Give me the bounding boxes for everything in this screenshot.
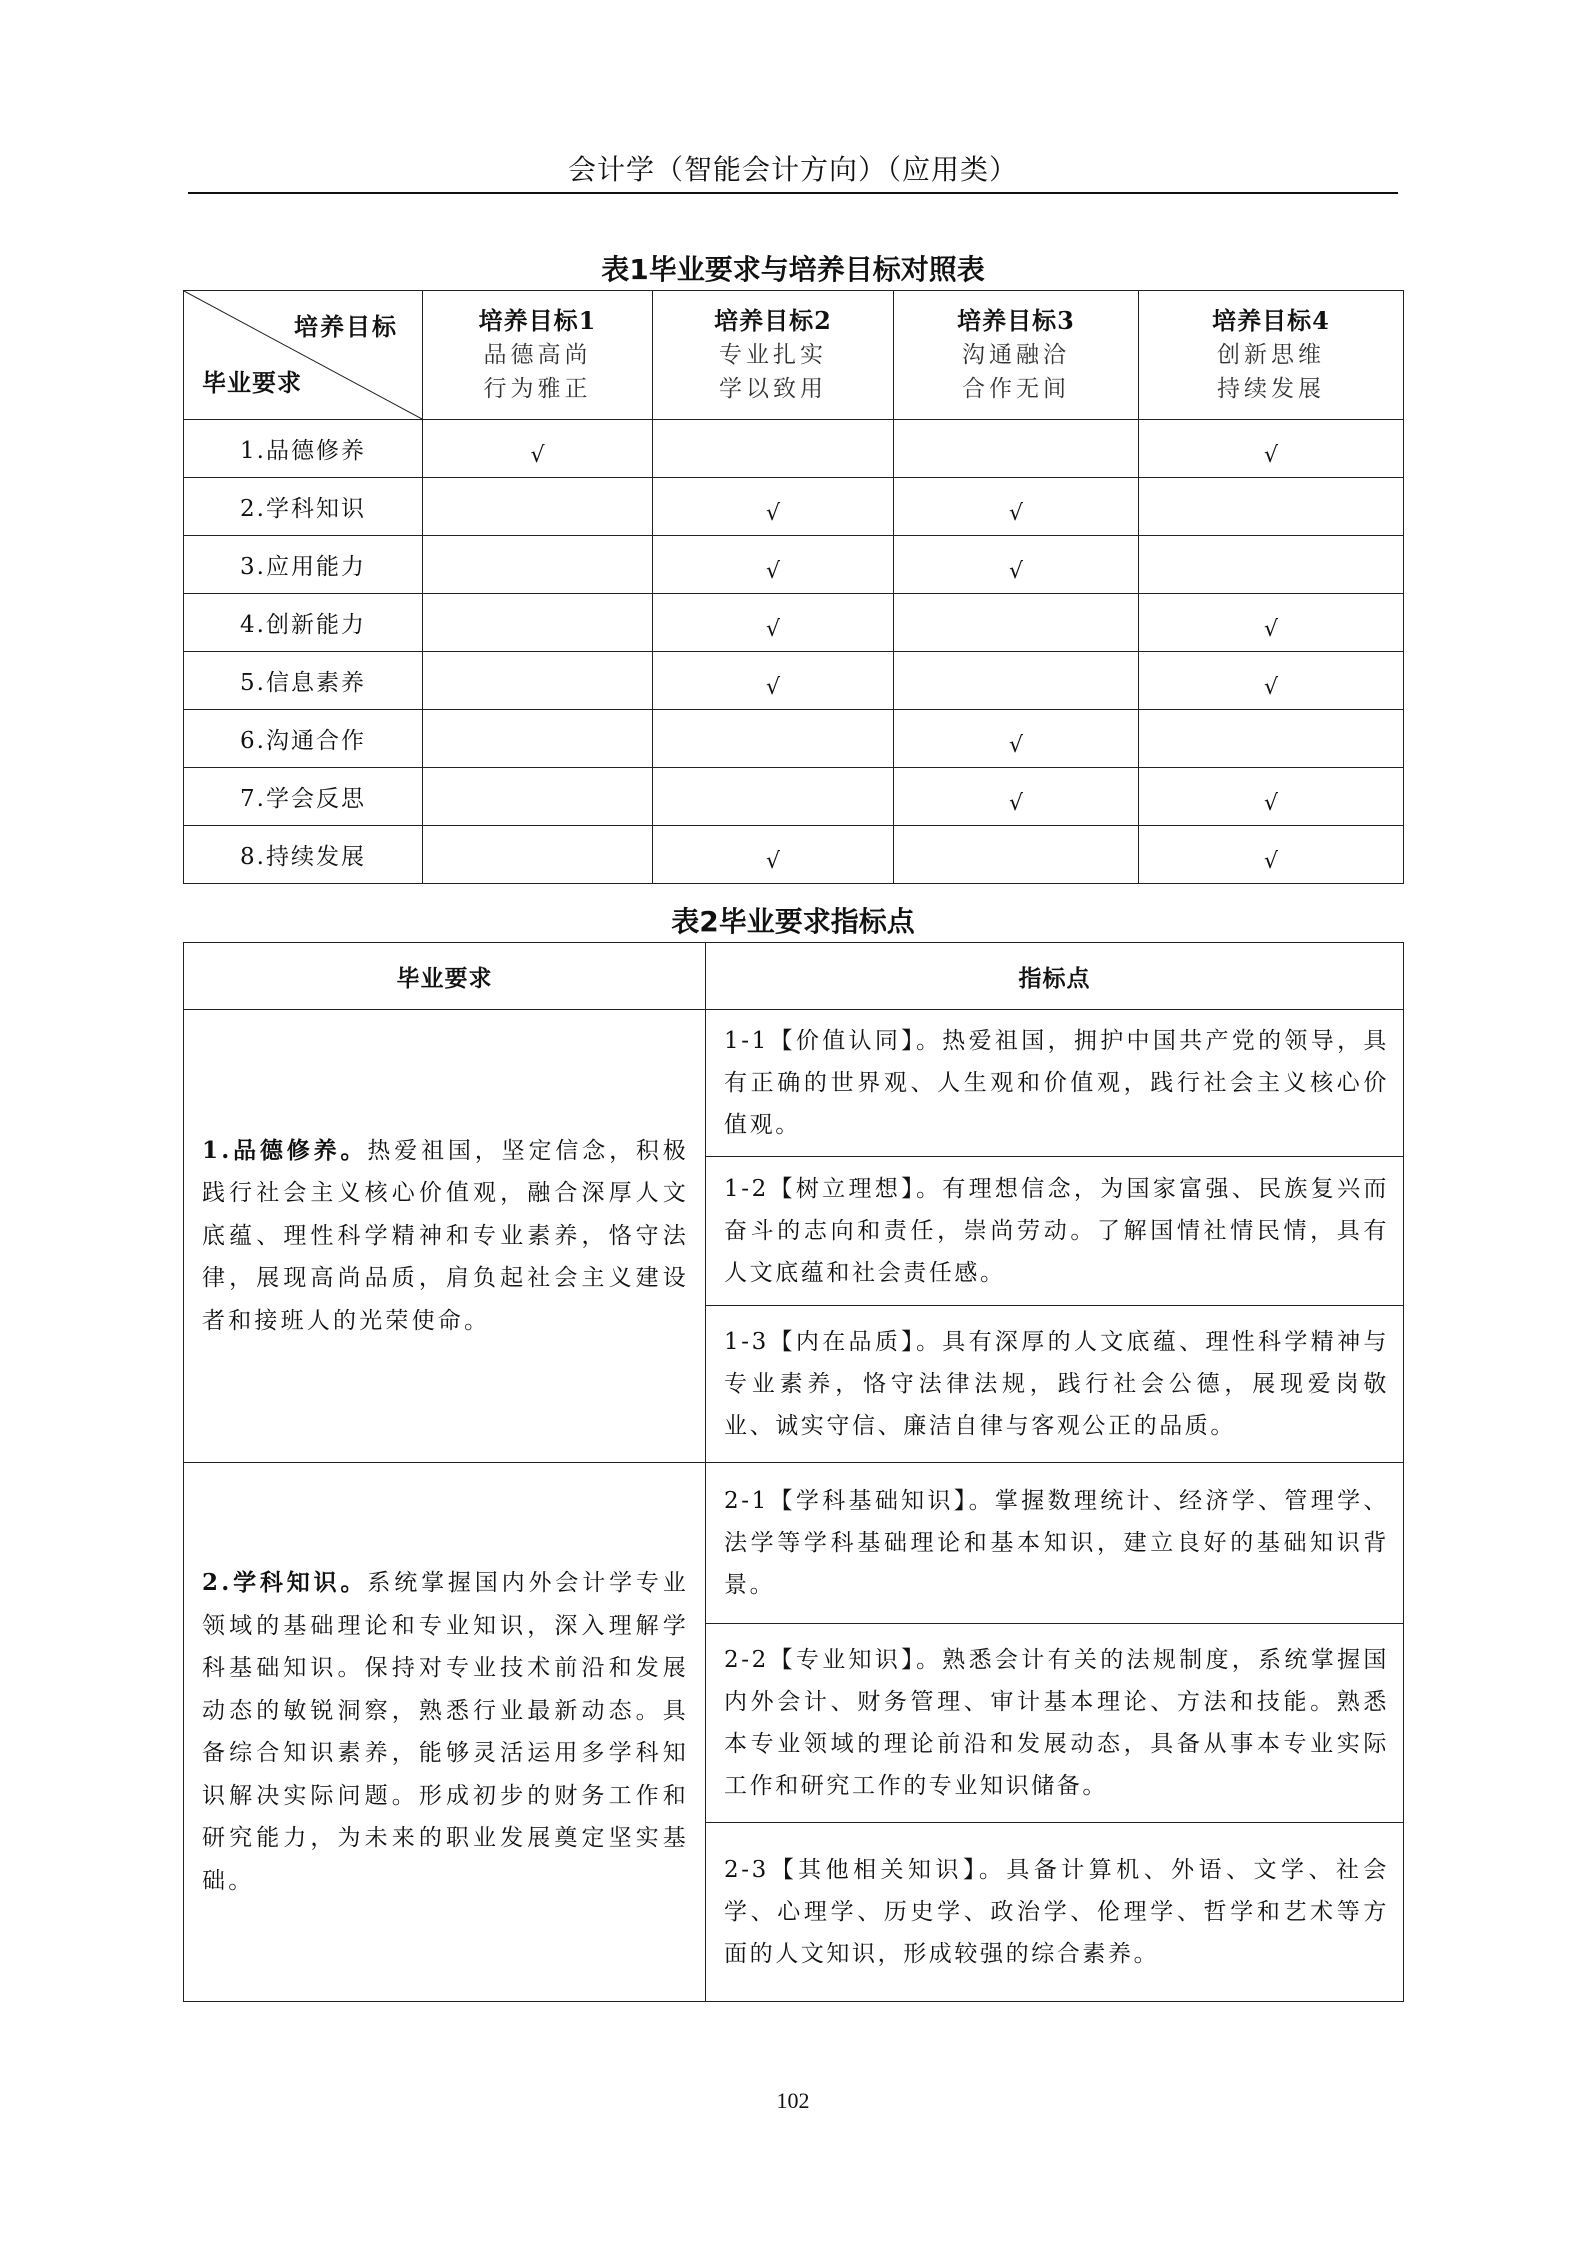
requirement-text: 2.学科知识。系统掌握国内外会计学专业领域的基础理论和专业知识，深入理解学科基础… <box>184 1562 705 1902</box>
table-row: 8.持续发展 √ √ <box>184 826 1404 884</box>
document-title: 会计学（智能会计方向）（应用类） <box>188 150 1398 190</box>
check-cell <box>1139 710 1404 768</box>
check-cell <box>653 710 894 768</box>
table-row: 5.信息素养 √ √ <box>184 652 1404 710</box>
check-cell <box>894 594 1139 652</box>
indicator-row: 2.学科知识。系统掌握国内外会计学专业领域的基础理论和专业知识，深入理解学科基础… <box>184 1463 1404 1624</box>
check-cell <box>894 652 1139 710</box>
check-mark-icon: √ <box>1264 791 1278 816</box>
check-mark-icon: √ <box>1009 791 1023 816</box>
requirement-label-text: 6.沟通合作 <box>240 728 366 754</box>
requirement-title: 2.学科知识。 <box>202 1569 367 1596</box>
table-row: 7.学会反思 √ √ <box>184 768 1404 826</box>
indicator-cell: 2-3【其他相关知识】。具备计算机、外语、文学、社会学、心理学、历史学、政治学、… <box>706 1823 1404 2002</box>
check-mark-icon: √ <box>1009 733 1023 758</box>
requirement-label-text: 2.学科知识 <box>240 496 366 522</box>
goal-title: 培养目标4 <box>1139 304 1403 338</box>
check-cell: √ <box>653 478 894 536</box>
check-cell <box>423 826 653 884</box>
check-cell <box>653 420 894 478</box>
table-row: 1.品德修养 √ √ <box>184 420 1404 478</box>
requirement-label: 1.品德修养 <box>184 420 423 478</box>
check-cell: √ <box>653 594 894 652</box>
goal-line: 行为雅正 <box>423 372 652 406</box>
page-header: 会计学（智能会计方向）（应用类） <box>188 150 1398 194</box>
goal-header-2: 培养目标2 专业扎实 学以致用 <box>653 291 894 420</box>
requirement-body: 系统掌握国内外会计学专业领域的基础理论和专业知识，深入理解学科基础知识。保持对专… <box>202 1570 689 1894</box>
check-cell <box>423 478 653 536</box>
table1-caption: 表1毕业要求与培养目标对照表 <box>183 252 1403 288</box>
requirement-label: 2.学科知识 <box>184 478 423 536</box>
table1-header-row: 培养目标 毕业要求 培养目标1 品德高尚 行为雅正 培养目标2 专业扎实 学以致… <box>184 291 1404 420</box>
requirement-label-text: 1.品德修养 <box>240 438 366 464</box>
goal-line: 持续发展 <box>1139 372 1403 406</box>
goal-header-1: 培养目标1 品德高尚 行为雅正 <box>423 291 653 420</box>
header-indicator: 指标点 <box>706 943 1404 1010</box>
check-mark-icon: √ <box>766 617 780 642</box>
indicator-text: 2-3【其他相关知识】。具备计算机、外语、文学、社会学、心理学、历史学、政治学、… <box>706 1849 1403 1975</box>
requirement-text: 1.品德修养。热爱祖国，坚定信念，积极践行社会主义核心价值观，融合深厚人文底蕴、… <box>184 1130 705 1343</box>
requirement-label-text: 5.信息素养 <box>240 670 366 696</box>
goal-line: 学以致用 <box>653 372 893 406</box>
table-row: 4.创新能力 √ √ <box>184 594 1404 652</box>
goal-line: 品德高尚 <box>423 338 652 372</box>
check-mark-icon: √ <box>1009 501 1023 526</box>
graduation-indicators-table: 毕业要求 指标点 1.品德修养。热爱祖国，坚定信念，积极践行社会主义核心价值观，… <box>183 942 1404 2002</box>
goal-line: 创新思维 <box>1139 338 1403 372</box>
check-cell <box>653 768 894 826</box>
requirement-label: 3.应用能力 <box>184 536 423 594</box>
goal-line: 合作无间 <box>894 372 1138 406</box>
requirement-label: 5.信息素养 <box>184 652 423 710</box>
indicator-row: 1.品德修养。热爱祖国，坚定信念，积极践行社会主义核心价值观，融合深厚人文底蕴、… <box>184 1010 1404 1157</box>
requirement-title: 1.品德修养。 <box>202 1137 367 1164</box>
check-cell: √ <box>653 652 894 710</box>
goal-line: 沟通融洽 <box>894 338 1138 372</box>
goal-title: 培养目标2 <box>653 304 893 338</box>
indicator-cell: 1-1【价值认同】。热爱祖国，拥护中国共产党的领导，具有正确的世界观、人生观和价… <box>706 1010 1404 1157</box>
check-cell: √ <box>1139 594 1404 652</box>
check-mark-icon: √ <box>1264 675 1278 700</box>
diagonal-corner-cell: 培养目标 毕业要求 <box>184 291 423 420</box>
check-cell <box>1139 478 1404 536</box>
table-row: 6.沟通合作 √ <box>184 710 1404 768</box>
header-rule <box>188 192 1398 194</box>
check-cell: √ <box>894 768 1139 826</box>
check-cell <box>423 652 653 710</box>
check-cell: √ <box>894 710 1139 768</box>
check-cell <box>423 768 653 826</box>
requirement-label: 8.持续发展 <box>184 826 423 884</box>
requirement-label: 4.创新能力 <box>184 594 423 652</box>
table-row: 2.学科知识 √ √ <box>184 478 1404 536</box>
check-cell <box>1139 536 1404 594</box>
requirement-cell: 2.学科知识。系统掌握国内外会计学专业领域的基础理论和专业知识，深入理解学科基础… <box>184 1463 706 2002</box>
indicator-cell: 1-3【内在品质】。具有深厚的人文底蕴、理性科学精神与专业素养，恪守法律法规，践… <box>706 1306 1404 1463</box>
requirement-label-text: 8.持续发展 <box>240 844 366 870</box>
page-number: 102 <box>0 2088 1586 2114</box>
corner-label-requirements: 毕业要求 <box>202 363 302 398</box>
goal-line: 专业扎实 <box>653 338 893 372</box>
requirement-label-text: 7.学会反思 <box>240 786 366 812</box>
indicator-text: 1-1【价值认同】。热爱祖国，拥护中国共产党的领导，具有正确的世界观、人生观和价… <box>706 1020 1403 1146</box>
table2-header-row: 毕业要求 指标点 <box>184 943 1404 1010</box>
table2-caption: 表2毕业要求指标点 <box>183 904 1403 940</box>
check-mark-icon: √ <box>1264 617 1278 642</box>
goal-title: 培养目标3 <box>894 304 1138 338</box>
check-cell: √ <box>1139 768 1404 826</box>
corner-label-goals: 培养目标 <box>294 307 398 342</box>
goal-header-3: 培养目标3 沟通融洽 合作无间 <box>894 291 1139 420</box>
check-cell: √ <box>1139 420 1404 478</box>
requirement-label-text: 3.应用能力 <box>240 554 366 580</box>
indicator-text: 1-3【内在品质】。具有深厚的人文底蕴、理性科学精神与专业素养，恪守法律法规，践… <box>706 1321 1403 1447</box>
check-mark-icon: √ <box>766 849 780 874</box>
indicator-text: 2-1【学科基础知识】。掌握数理统计、经济学、管理学、法学等学科基础理论和基本知… <box>706 1480 1403 1606</box>
indicator-text: 2-2【专业知识】。熟悉会计有关的法规制度，系统掌握国内外会计、财务管理、审计基… <box>706 1639 1403 1807</box>
goal-header-4: 培养目标4 创新思维 持续发展 <box>1139 291 1404 420</box>
requirement-label: 6.沟通合作 <box>184 710 423 768</box>
check-mark-icon: √ <box>1009 559 1023 584</box>
check-cell <box>423 710 653 768</box>
check-cell <box>423 594 653 652</box>
check-cell <box>894 420 1139 478</box>
check-mark-icon: √ <box>1264 849 1278 874</box>
check-cell <box>894 826 1139 884</box>
check-cell: √ <box>894 536 1139 594</box>
requirement-label: 7.学会反思 <box>184 768 423 826</box>
indicator-text: 1-2【树立理想】。有理想信念，为国家富强、民族复兴而奋斗的志向和责任，崇尚劳动… <box>706 1168 1403 1294</box>
check-cell <box>423 536 653 594</box>
check-mark-icon: √ <box>530 443 544 468</box>
indicator-cell: 2-2【专业知识】。熟悉会计有关的法规制度，系统掌握国内外会计、财务管理、审计基… <box>706 1624 1404 1823</box>
check-cell: √ <box>423 420 653 478</box>
requirement-cell: 1.品德修养。热爱祖国，坚定信念，积极践行社会主义核心价值观，融合深厚人文底蕴、… <box>184 1010 706 1463</box>
goal-title: 培养目标1 <box>423 304 652 338</box>
requirement-body: 热爱祖国，坚定信念，积极践行社会主义核心价值观，融合深厚人文底蕴、理性科学精神和… <box>202 1138 689 1334</box>
check-cell: √ <box>653 826 894 884</box>
table-row: 3.应用能力 √ √ <box>184 536 1404 594</box>
check-cell: √ <box>1139 652 1404 710</box>
check-mark-icon: √ <box>766 675 780 700</box>
check-mark-icon: √ <box>1264 443 1278 468</box>
check-mark-icon: √ <box>766 501 780 526</box>
requirement-label-text: 4.创新能力 <box>240 612 366 638</box>
check-cell: √ <box>653 536 894 594</box>
indicator-cell: 2-1【学科基础知识】。掌握数理统计、经济学、管理学、法学等学科基础理论和基本知… <box>706 1463 1404 1624</box>
check-cell: √ <box>894 478 1139 536</box>
check-cell: √ <box>1139 826 1404 884</box>
graduation-vs-goals-table: 培养目标 毕业要求 培养目标1 品德高尚 行为雅正 培养目标2 专业扎实 学以致… <box>183 290 1404 884</box>
header-graduation-requirement: 毕业要求 <box>184 943 706 1010</box>
indicator-cell: 1-2【树立理想】。有理想信念，为国家富强、民族复兴而奋斗的志向和责任，崇尚劳动… <box>706 1157 1404 1306</box>
check-mark-icon: √ <box>766 559 780 584</box>
